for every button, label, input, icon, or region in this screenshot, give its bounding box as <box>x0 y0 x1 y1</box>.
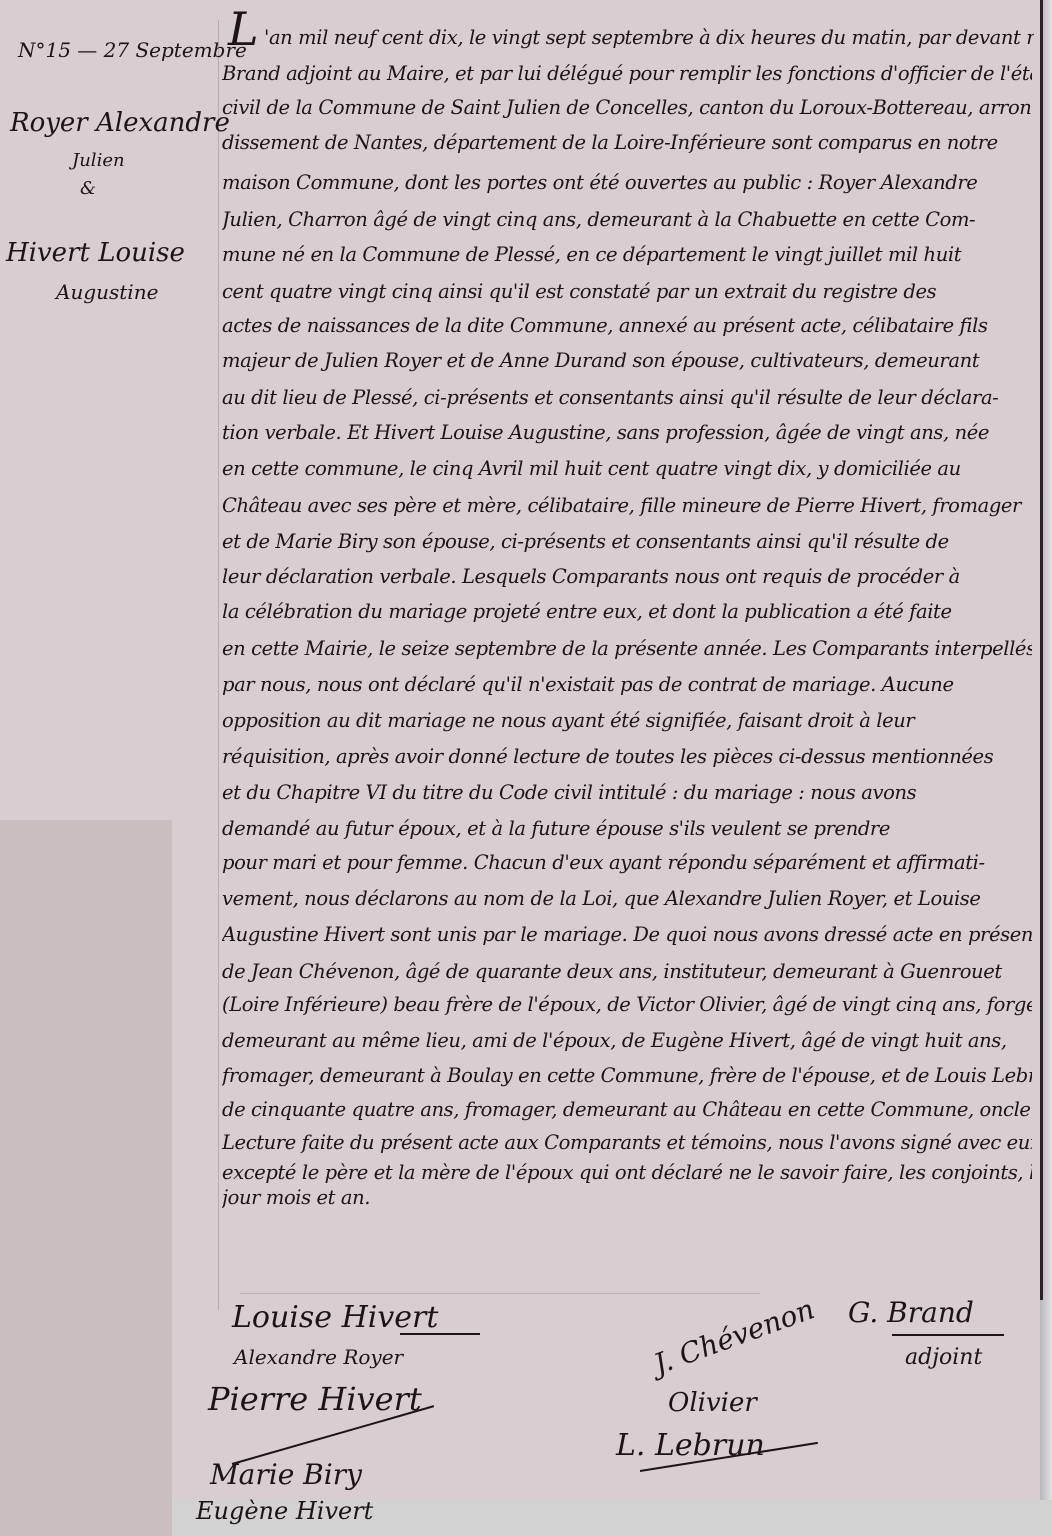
body-line-21: réquisition, après avoir donné lecture d… <box>222 745 1032 768</box>
signature-bride: Louise Hivert <box>232 1300 438 1335</box>
body-line-26: Augustine Hivert sont unis par le mariag… <box>222 923 1032 946</box>
margin-bride-name: Hivert Louise <box>6 238 185 268</box>
body-line-14: Château avec ses père et mère, célibatai… <box>222 494 1032 517</box>
body-line-19: par nous, nous ont déclaré qu'il n'exist… <box>222 673 1032 696</box>
signature-bride-father: Pierre Hivert <box>208 1380 422 1418</box>
body-line-25: vement, nous déclarons au nom de la Loi,… <box>222 887 1032 910</box>
margin-ampersand: & <box>80 178 96 199</box>
signature-officer: G. Brand <box>848 1296 974 1329</box>
body-line-33: excepté le père et la mère de l'époux qu… <box>222 1161 1032 1184</box>
body-line-32: Lecture faite du présent acte aux Compar… <box>222 1131 1032 1154</box>
body-line-30: fromager, demeurant à Boulay en cette Co… <box>222 1064 1032 1087</box>
binding-shadow <box>1040 0 1043 1300</box>
signature-witness-eugene-hivert: Eugène Hivert <box>196 1497 373 1525</box>
body-line-10: majeur de Julien Royer et de Anne Durand… <box>222 349 1032 372</box>
body-line-12: tion verbale. Et Hivert Louise Augustine… <box>222 421 1032 444</box>
drop-initial: L <box>228 2 259 56</box>
signature-groom: Alexandre Royer <box>234 1345 403 1369</box>
body-line-2: Brand adjoint au Maire, et par lui délég… <box>222 62 1032 85</box>
body-line-5: maison Commune, dont les portes ont été … <box>222 171 1032 194</box>
body-line-11: au dit lieu de Plessé, ci-présents et co… <box>222 386 1032 409</box>
margin-groom-name: Royer Alexandre <box>10 108 230 138</box>
signature-witness-lebrun: L. Lebrun <box>616 1428 765 1463</box>
margin-rule <box>218 20 219 1310</box>
margin-groom-middle-name: Julien <box>72 150 125 171</box>
signature-witness-olivier: Olivier <box>668 1388 757 1418</box>
signature-flourish <box>400 1333 480 1335</box>
body-line-34: jour mois et an. <box>222 1186 1032 1209</box>
body-line-6: Julien, Charron âgé de vingt cinq ans, d… <box>222 208 1032 231</box>
officer-title: adjoint <box>905 1345 982 1370</box>
body-line-3: civil de la Commune de Saint Julien de C… <box>222 96 1032 119</box>
ruled-line <box>240 1293 760 1294</box>
body-line-16: leur déclaration verbale. Lesquels Compa… <box>222 565 1032 588</box>
body-line-22: et du Chapitre VI du titre du Code civil… <box>222 781 1032 804</box>
body-line-13: en cette commune, le cinq Avril mil huit… <box>222 457 1032 480</box>
body-line-17: la célébration du mariage projeté entre … <box>222 600 1032 623</box>
body-line-31: de cinquante quatre ans, fromager, demeu… <box>222 1098 1032 1121</box>
body-line-8: cent quatre vingt cinq ainsi qu'il est c… <box>222 280 1032 303</box>
body-line-1: 'an mil neuf cent dix, le vingt sept sep… <box>264 26 1034 49</box>
body-line-29: demeurant au même lieu, ami de l'époux, … <box>222 1029 1032 1052</box>
body-line-20: opposition au dit mariage ne nous ayant … <box>222 709 1032 732</box>
page-edge <box>1040 0 1052 1500</box>
body-line-9: actes de naissances de la dite Commune, … <box>222 314 1032 337</box>
body-line-15: et de Marie Biry son épouse, ci-présents… <box>222 530 1032 553</box>
body-line-27: de Jean Chévenon, âgé de quarante deux a… <box>222 960 1032 983</box>
body-line-24: pour mari et pour femme. Chacun d'eux ay… <box>222 851 1032 874</box>
signature-bride-mother: Marie Biry <box>210 1458 362 1491</box>
body-line-7: mune né en la Commune de Plessé, en ce d… <box>222 243 1032 266</box>
entry-number: N°15 — 27 Septembre <box>18 38 247 62</box>
body-line-4: dissement de Nantes, département de la L… <box>222 131 1032 154</box>
body-line-18: en cette Mairie, le seize septembre de l… <box>222 637 1032 660</box>
body-line-23: demandé au futur époux, et à la future é… <box>222 817 1032 840</box>
left-blank-patch <box>0 820 172 1536</box>
body-line-28: (Loire Inférieure) beau frère de l'époux… <box>222 993 1032 1016</box>
margin-bride-middle-name: Augustine <box>56 280 158 304</box>
signature-flourish <box>892 1334 1004 1336</box>
